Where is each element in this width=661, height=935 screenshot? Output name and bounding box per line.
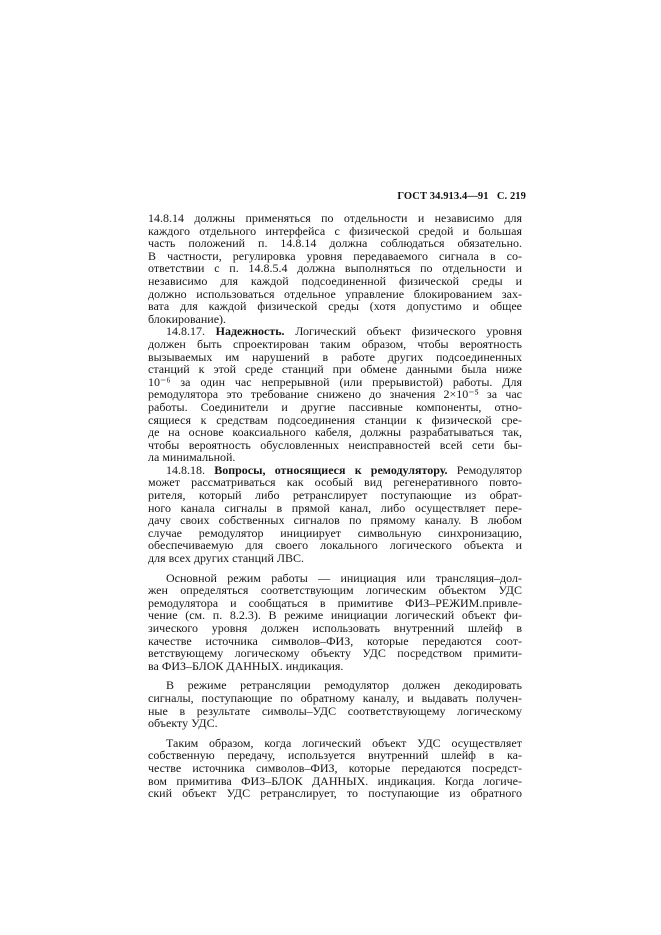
text-line: вата для каждой физической среды (хотя д… — [148, 300, 522, 313]
paragraph-operating-mode: Основной режим работы — инициация или тр… — [148, 572, 522, 673]
paragraph-retransmission-mode: В режиме ретрансляции ремодулятор должен… — [148, 679, 522, 729]
text-line: жен определяться соответствующим логичес… — [148, 584, 522, 597]
text-line: де на основе коаксиального кабеля, должн… — [148, 426, 522, 439]
text-line: зического уровня должен использовать вну… — [148, 622, 522, 635]
text-line: объекту УДС. — [148, 717, 522, 730]
text-line: станций к этой среде станций при обмене … — [148, 363, 522, 376]
paragraph-continuation: 14.8.14 должны применяться по отдельност… — [148, 212, 522, 325]
text-line: ский объект УДС ретранслирует, то поступ… — [148, 787, 522, 800]
text-line: работы. Соединители и другие пассивные к… — [148, 401, 522, 414]
page-number: С. 219 — [497, 191, 526, 202]
document-page: ГОСТ 34.913.4—91 С. 219 14.8.14 должны п… — [0, 0, 661, 935]
page-header: ГОСТ 34.913.4—91 С. 219 — [396, 191, 526, 202]
text-line: ва ФИЗ–БЛОК ДАННЫХ. индикация. — [148, 660, 522, 673]
text-line: независимо для каждой подсоединенной физ… — [148, 275, 522, 288]
section-14-8-18: 14.8.18. Вопросы, относящиеся к ремодуля… — [148, 464, 522, 565]
text-line: должен быть спроектирован таким образом,… — [148, 338, 522, 351]
text-line: для всех других станций ЛВС. — [148, 552, 522, 565]
standard-number: ГОСТ 34.913.4—91 — [397, 191, 488, 202]
text-line: честве источника символов–ФИЗ, которые п… — [148, 762, 522, 775]
text-line: рителя, который либо ретранслирует посту… — [148, 489, 522, 502]
document-body: 14.8.14 должны применяться по отдельност… — [148, 212, 522, 800]
section-14-8-17: 14.8.17. Надежность. Логический объект ф… — [148, 325, 522, 464]
text-line: часть положений п. 14.8.14 должна соблюд… — [148, 237, 522, 250]
text-line: 14.8.14 должны применяться по отдельност… — [148, 212, 522, 225]
text-line: дачу своих собственных сигналов по прямо… — [148, 514, 522, 527]
text-line: ветствующему логическому объекту УДС пос… — [148, 647, 522, 660]
paragraph-summary: Таким образом, когда логический объект У… — [148, 737, 522, 800]
text-line: сигналы, поступающие по обратному каналу… — [148, 692, 522, 705]
